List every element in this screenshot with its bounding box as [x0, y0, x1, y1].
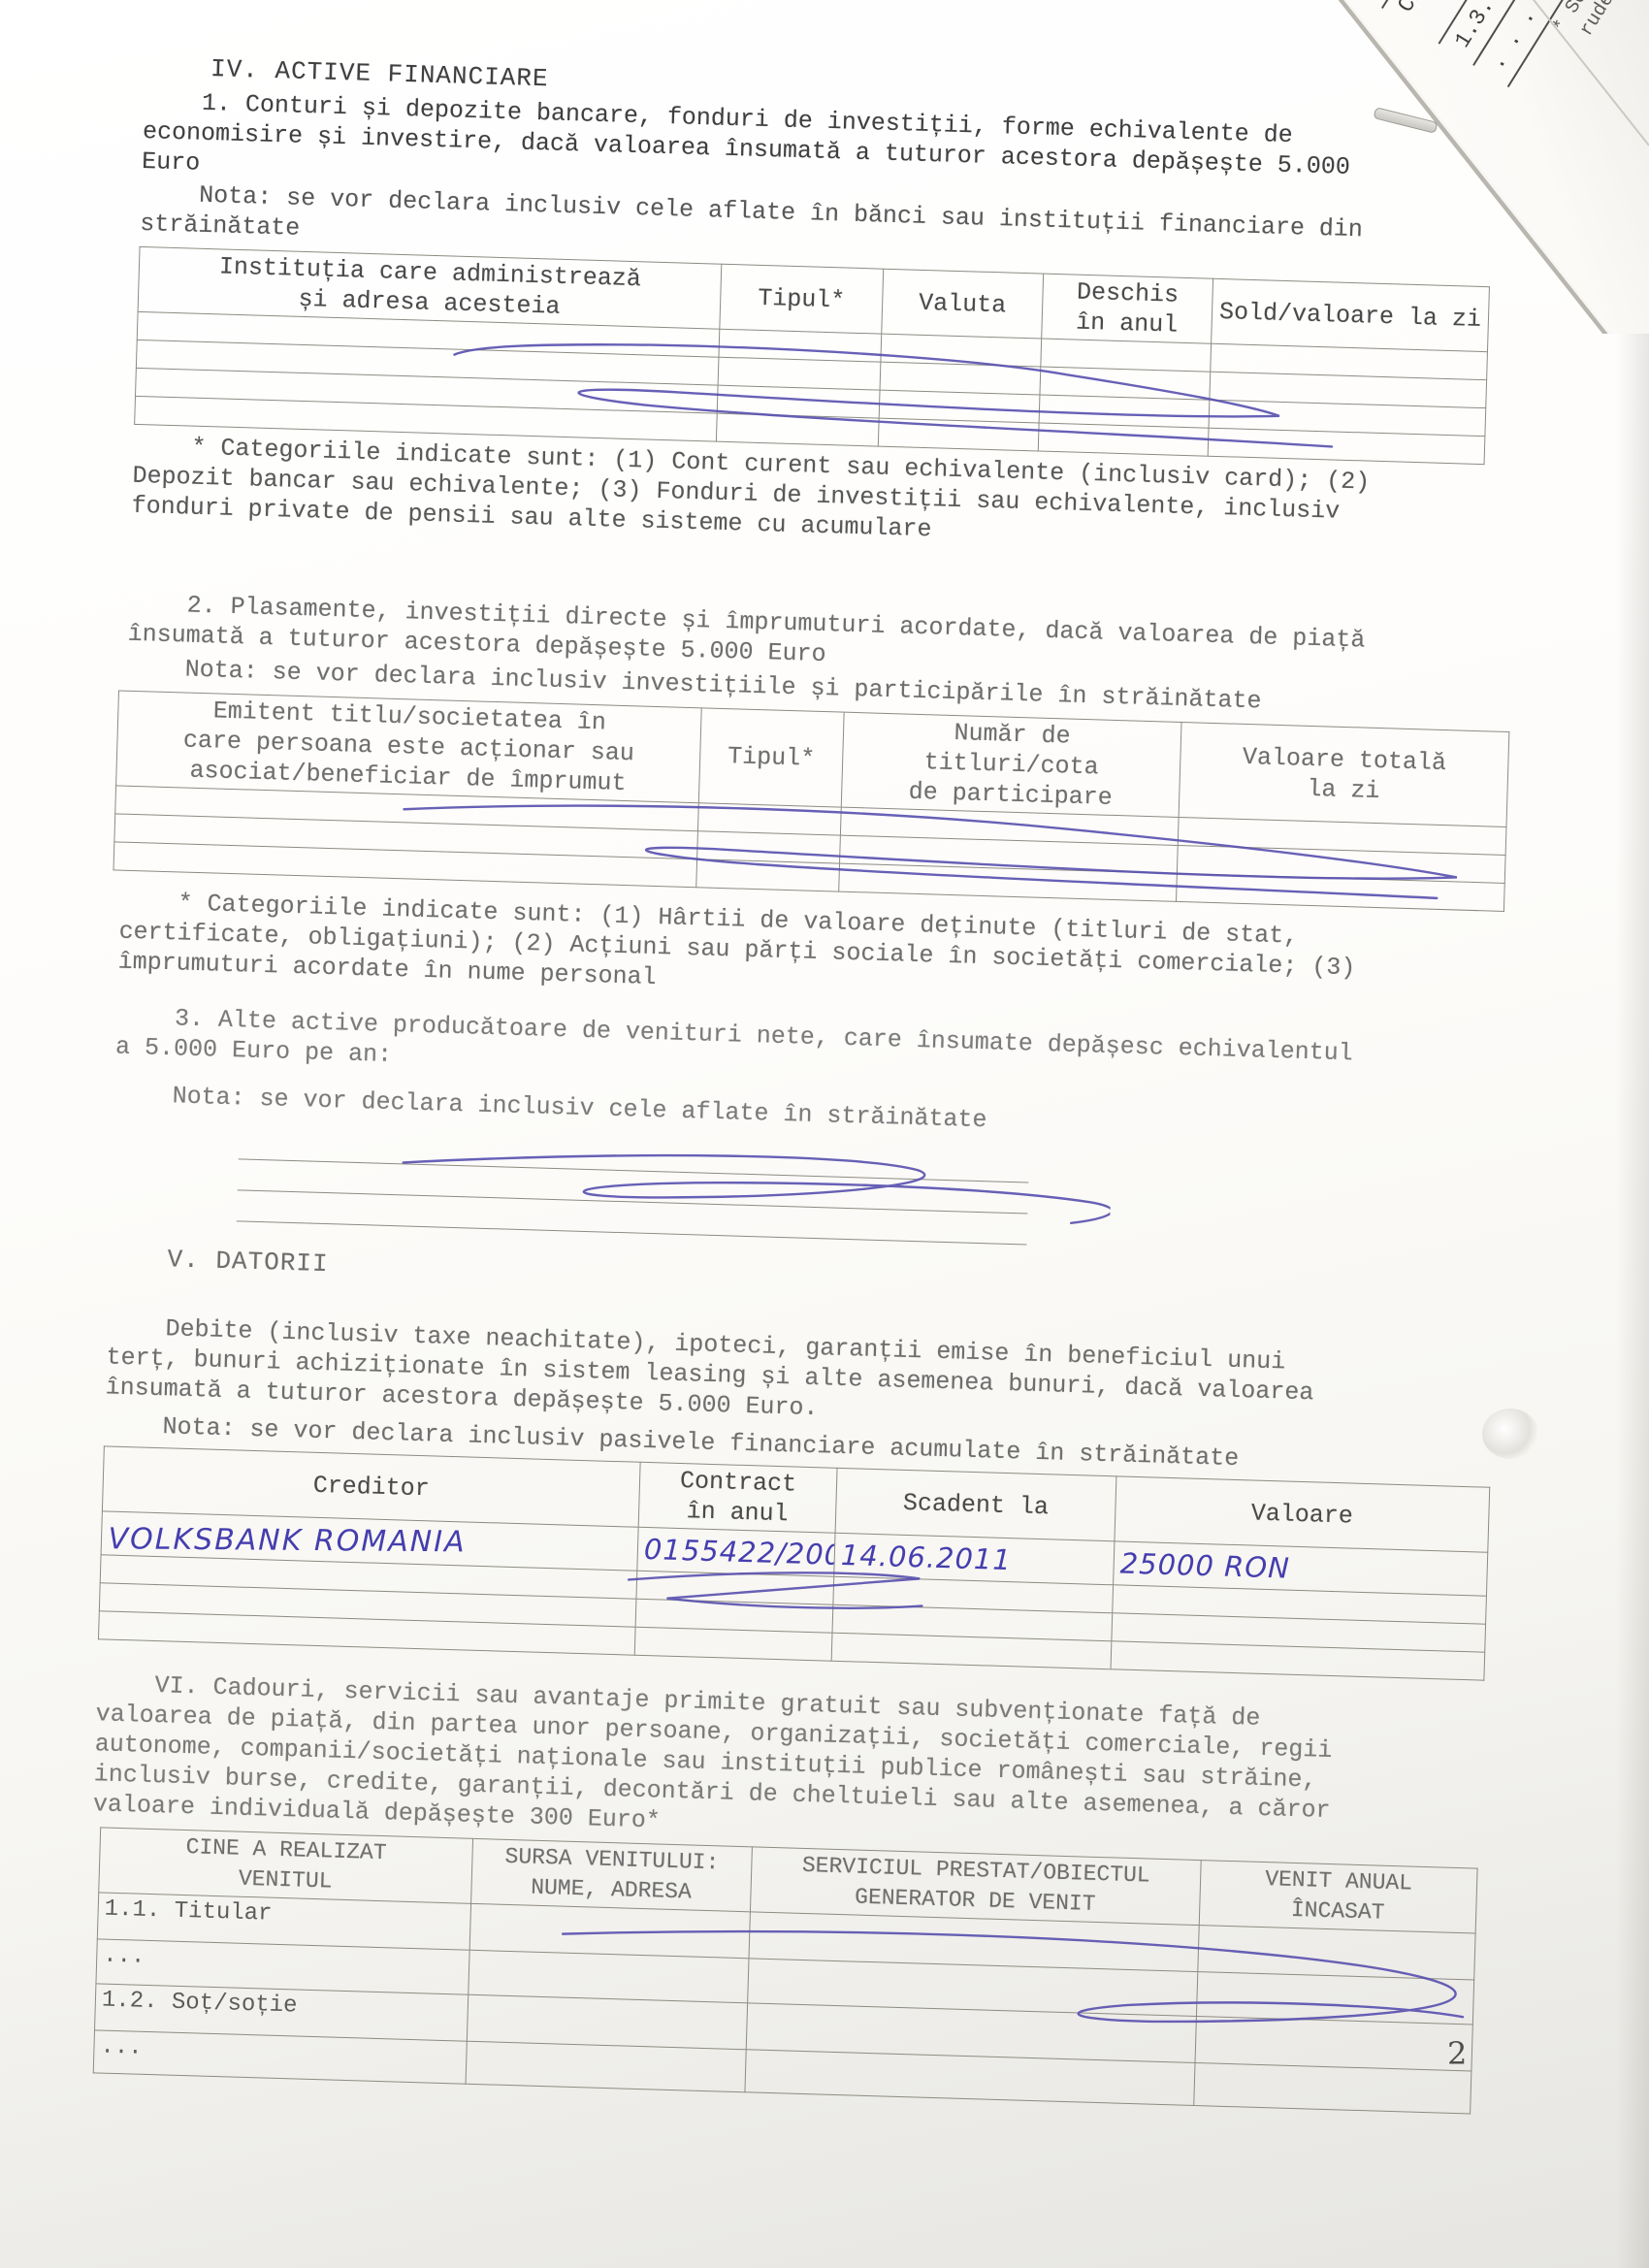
debts-col-value: Valoare [1115, 1476, 1490, 1552]
debts-col-creditor: Creditor [102, 1446, 640, 1527]
gifts-col-income: VENIT ANUAL ÎNCASAT [1199, 1861, 1477, 1933]
gifts-table: CINE A REALIZAT VENITUL SURSA VENITULUI:… [93, 1827, 1431, 2113]
debt-creditor-value: VOLKSBANK ROMANIA [101, 1517, 637, 1566]
fold-crease [1288, 0, 1649, 334]
accounts-col-opened: Deschis în anul [1042, 274, 1213, 343]
folded-page-corner: CINE A VENI 1.3. Copii . . . * Se ex rud… [1288, 0, 1649, 334]
page-number: 2 [1447, 2035, 1467, 2072]
investments-col-shares: Număr de titluri/cota de participare [841, 712, 1181, 817]
scan-edge-shading [1616, 291, 1649, 2268]
investments-table: Emitent titlu/societatea în care persoan… [113, 690, 1464, 910]
debts-col-contract-year: Contract în anul [638, 1462, 837, 1533]
scan-artifact-blob [1482, 1409, 1538, 1459]
gifts-col-source: SURSA VENITULUI: NUME, ADRESA [471, 1838, 753, 1912]
debts-table: Creditor Contract în anul Scadent la Val… [98, 1445, 1441, 1679]
blank-answer-lines [237, 1128, 1029, 1245]
page-content: IV. ACTIVE FINANCIARE 1. Conturi și depo… [85, 37, 1484, 2113]
investments-col-value: Valoare totală la zi [1179, 722, 1509, 826]
gifts-col-who: CINE A REALIZAT VENITUL [99, 1828, 473, 1903]
investments-col-issuer: Emitent titlu/societatea în care persoan… [116, 691, 702, 803]
accounts-col-type: Tipul* [720, 264, 884, 334]
accounts-table: Instituția care administrează și adresa … [134, 246, 1477, 465]
section-v-title: V. DATORII [167, 1245, 1447, 1312]
footnote-investment-categories: * Categoriile indicate sunt: (1) Hârtii … [117, 887, 1458, 1017]
accounts-col-currency: Valuta [882, 269, 1044, 339]
scanned-declaration-page: IV. ACTIVE FINANCIARE 1. Conturi și depo… [0, 0, 1649, 2268]
paragraph-gifts: VI. Cadouri, servicii sau avantaje primi… [92, 1669, 1435, 1859]
debts-col-due: Scadent la [835, 1468, 1116, 1541]
debt-contract-value: 0155422/2008 [637, 1527, 835, 1576]
investments-col-type: Tipul* [698, 708, 844, 807]
